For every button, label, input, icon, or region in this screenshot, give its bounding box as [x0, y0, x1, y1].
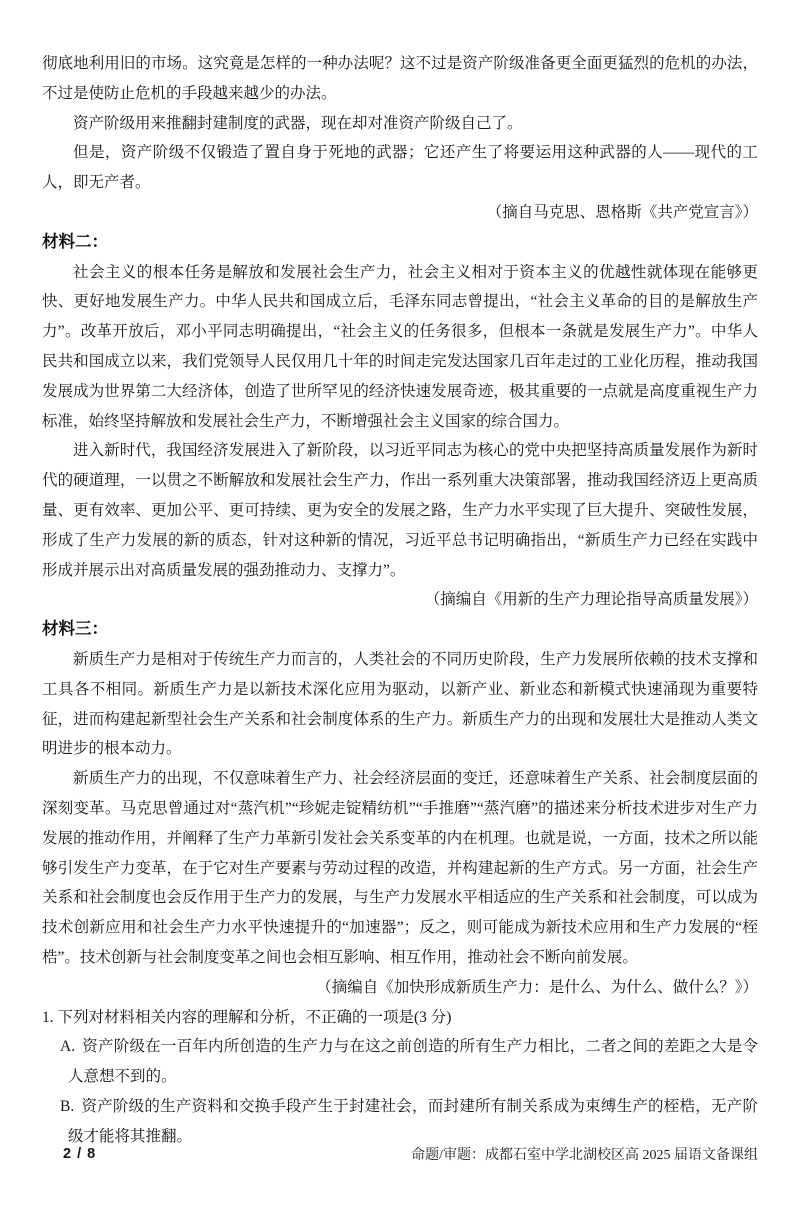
question-1-section: 1. 下列对材料相关内容的理解和分析，不正确的一项是(3 分) A.资产阶级在一…: [42, 1003, 758, 1152]
material-three-paragraph: 新质生产力的出现，不仅意味着生产力、社会经济层面的变迁，还意味着生产关系、社会制…: [42, 764, 758, 973]
page-number: 2 / 8: [63, 1146, 96, 1162]
material-one-source-citation: （摘自马克思、恩格斯《共产党宣言》）: [42, 198, 758, 228]
material-two-paragraph: 社会主义的根本任务是解放和发展社会生产力，社会主义相对于资本主义的优越性就体现在…: [42, 258, 758, 437]
material-one-paragraph: 资产阶级用来推翻封建制度的武器，现在却对准资产阶级自己了。: [42, 109, 758, 139]
material-one-paragraph: 但是，资产阶级不仅锻造了置自身于死地的武器；它还产生了将要运用这种武器的人——现…: [42, 138, 758, 198]
material-one-paragraph-continuation: 彻底地利用旧的市场。这究竟是怎样的一种办法呢？这不过是资产阶级准备更全面更猛烈的…: [42, 49, 758, 109]
material-three-heading: 材料三：: [42, 615, 758, 645]
exam-page: 彻底地利用旧的市场。这究竟是怎样的一种办法呢？这不过是资产阶级准备更全面更猛烈的…: [0, 0, 800, 1205]
footer-credit: 命题/审题：成都石室中学北湖校区高 2025 届语文备课组: [411, 1144, 758, 1164]
material-three-section: 材料三： 新质生产力是相对于传统生产力而言的，人类社会的不同历史阶段，生产力发展…: [42, 615, 758, 1002]
material-two-source-citation: （摘编自《用新的生产力理论指导高质量发展》）: [42, 585, 758, 615]
material-two-section: 材料二： 社会主义的根本任务是解放和发展社会生产力，社会主义相对于资本主义的优越…: [42, 228, 758, 615]
material-one-section: 彻底地利用旧的市场。这究竟是怎样的一种办法呢？这不过是资产阶级准备更全面更猛烈的…: [42, 49, 758, 228]
question-1-option-a: A.资产阶级在一百年内所创造的生产力与在这之前创造的所有生产力相比，二者之间的差…: [42, 1032, 758, 1092]
material-three-source-citation: （摘编自《加快形成新质生产力：是什么、为什么、做什么？》）: [42, 973, 758, 1003]
material-two-paragraph: 进入新时代，我国经济发展进入了新阶段，以习近平同志为核心的党中央把坚持高质量发展…: [42, 436, 758, 585]
option-a-text: 资产阶级在一百年内所创造的生产力与在这之前创造的所有生产力相比，二者之间的差距之…: [68, 1038, 758, 1085]
material-two-heading: 材料二：: [42, 228, 758, 258]
page-footer: 2 / 8 命题/审题：成都石室中学北湖校区高 2025 届语文备课组: [42, 1142, 758, 1166]
option-b-text: 资产阶级的生产资料和交换手段产生于封建社会，而封建所有制关系成为束缚生产的桎梏，…: [68, 1098, 758, 1145]
option-a-label: A.: [60, 1038, 75, 1055]
question-1-stem: 1. 下列对材料相关内容的理解和分析，不正确的一项是(3 分): [42, 1003, 758, 1033]
option-b-label: B.: [60, 1098, 74, 1115]
material-three-paragraph: 新质生产力是相对于传统生产力而言的，人类社会的不同历史阶段，生产力发展所依赖的技…: [42, 645, 758, 764]
